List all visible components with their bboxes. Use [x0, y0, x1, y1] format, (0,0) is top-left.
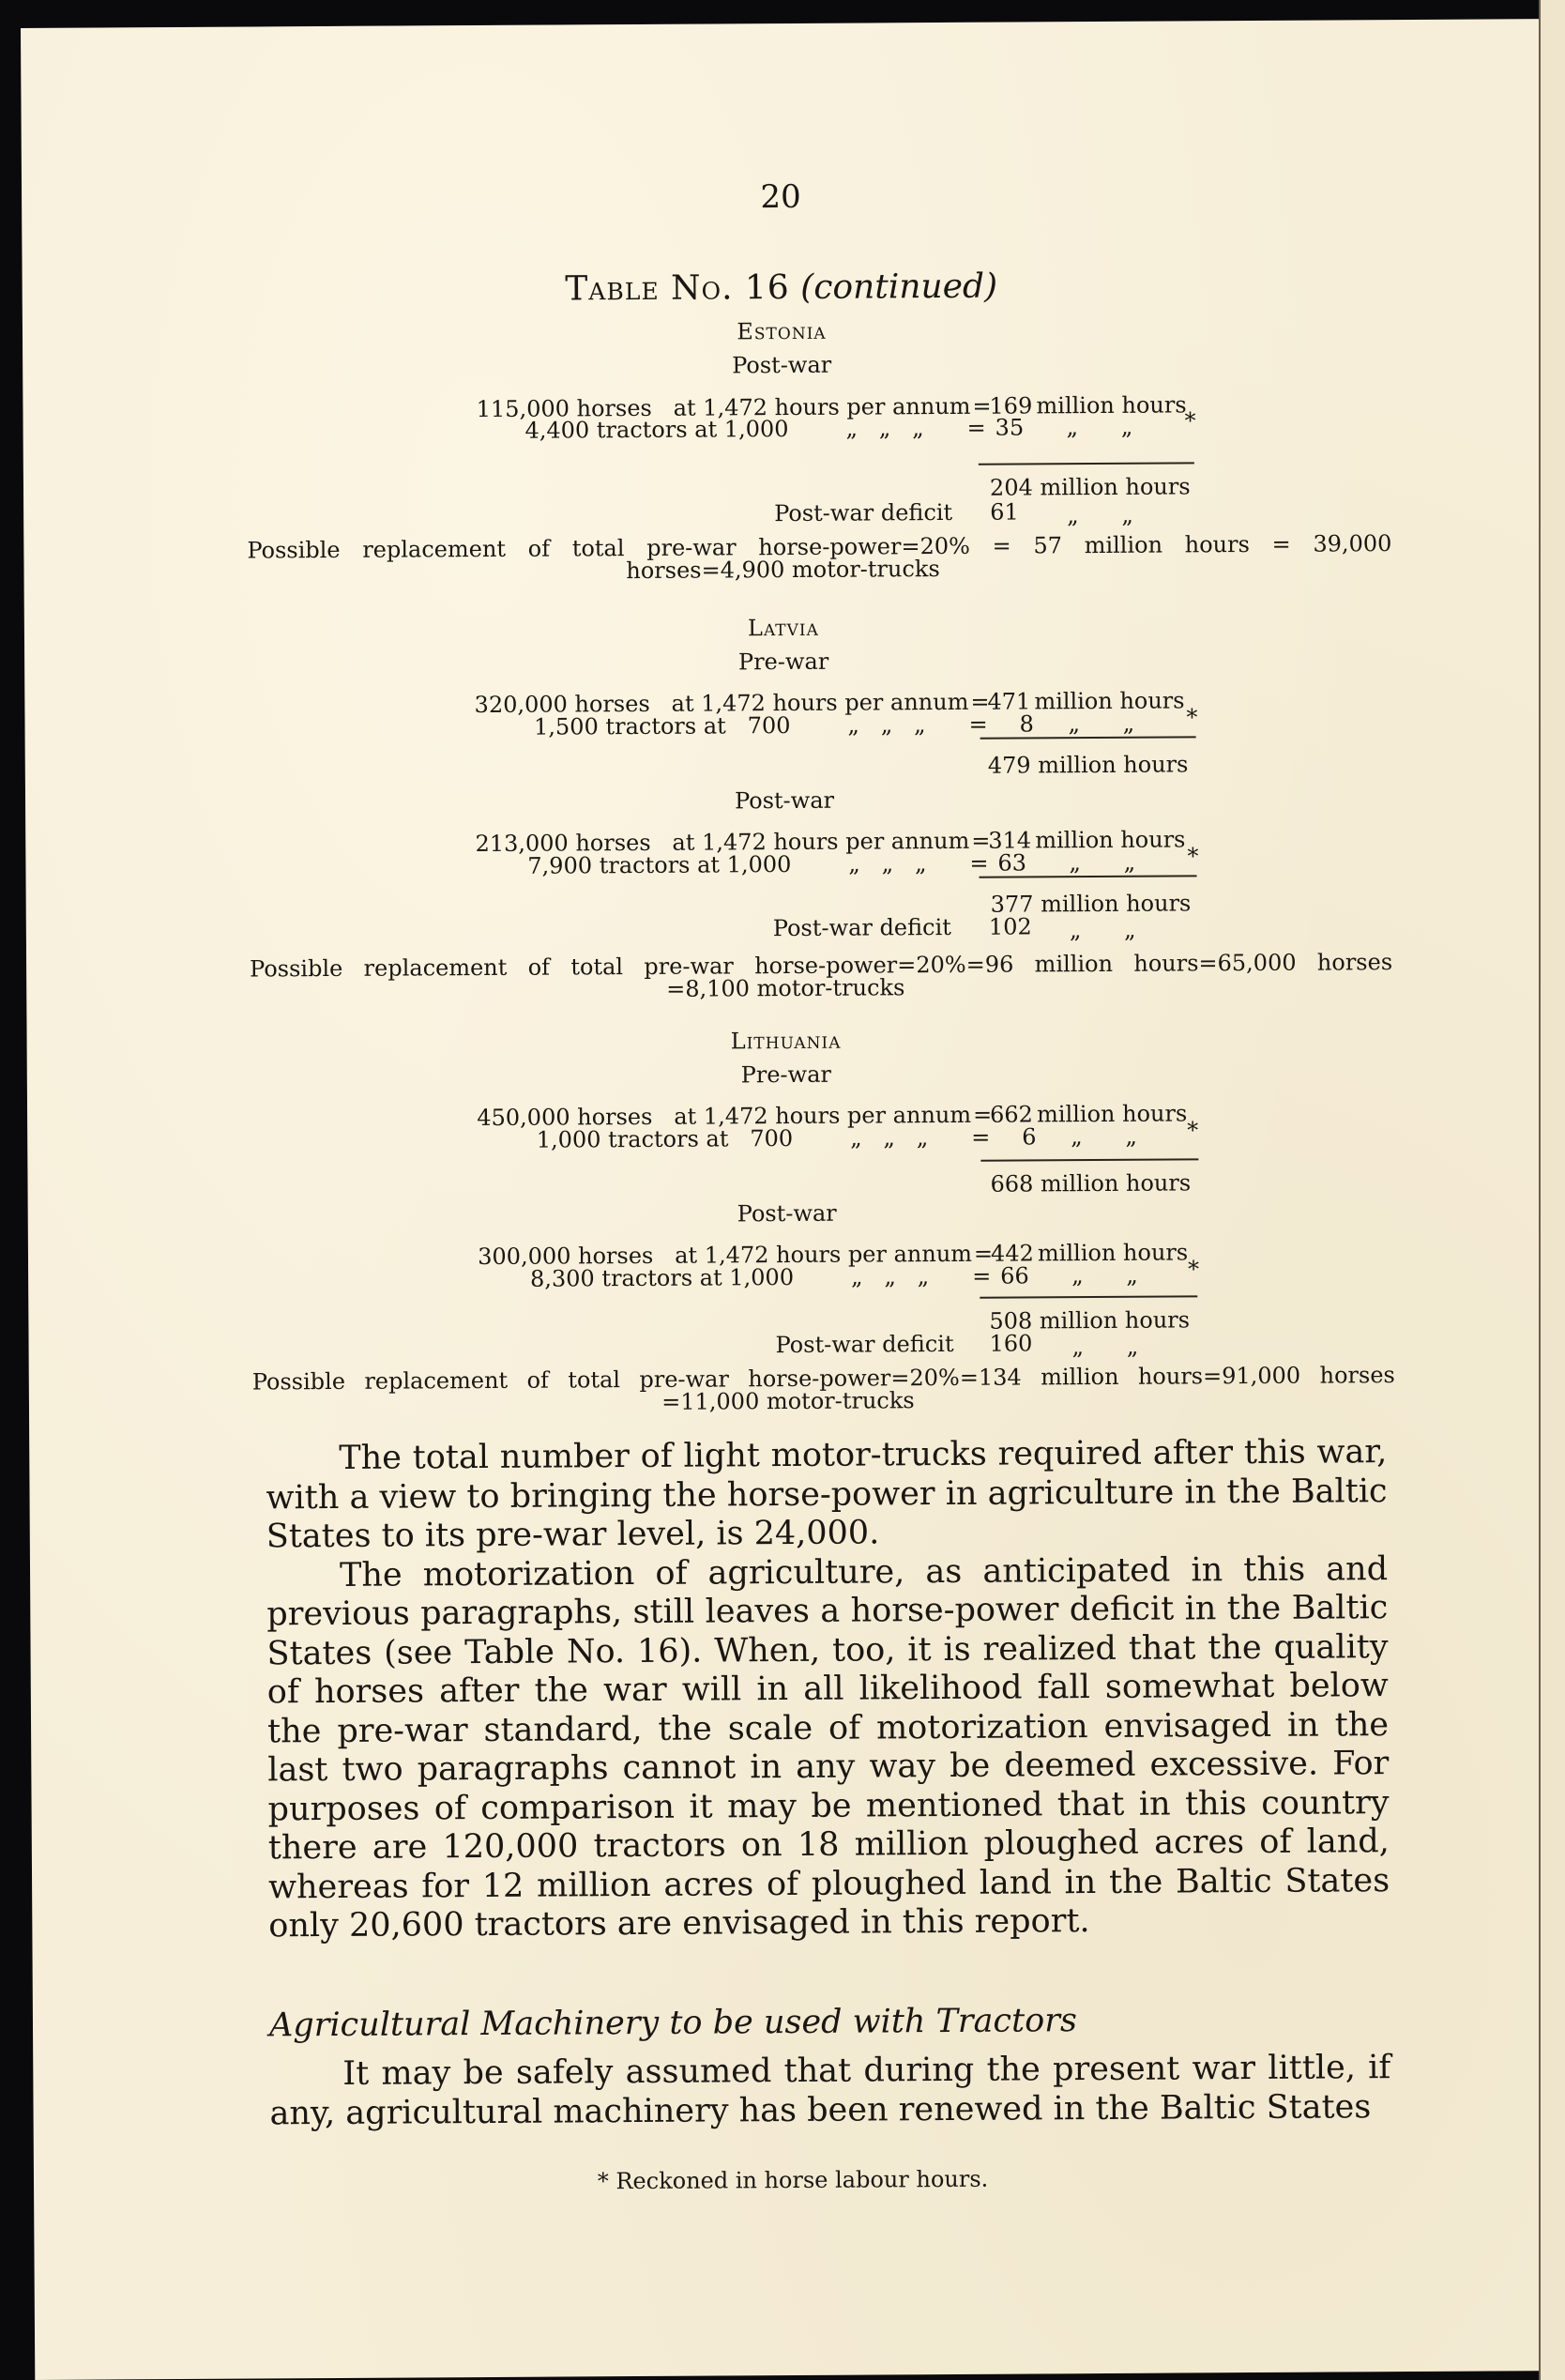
table-row: 8,300 tractors at 1,000 „ „ „ = 66 „ „ *: [21, 19, 1539, 28]
sum-rule: [980, 1158, 1198, 1161]
table-row: 7,900 tractors at 1,000 „ „ „ = 63 „ „ *: [21, 19, 1539, 28]
section-body: It may be safely assumed that during the…: [269, 2049, 1390, 2133]
country-name: Estonia: [23, 315, 1541, 347]
total-value: 479 million hours: [988, 753, 1189, 776]
footnote-marker: *: [1186, 706, 1197, 728]
country-name: Lithuania: [27, 1025, 1545, 1057]
paragraph: The motorization of agriculture, as anti…: [266, 1550, 1390, 1946]
period-label: Post-war: [28, 1198, 1546, 1229]
country-block-lithuania: Lithuania Pre-war 450,000 horses at 1,47…: [21, 19, 1539, 28]
footnote-marker: *: [1187, 845, 1198, 867]
footnote-marker: *: [1185, 409, 1196, 432]
deficit-label: Post-war deficit: [776, 1333, 954, 1356]
period-label: Post-war: [23, 349, 1541, 381]
period-label: Post-war: [25, 785, 1543, 816]
deficit-label: Post-war deficit: [773, 916, 951, 939]
paragraph: It may be safely assumed that during the…: [269, 2049, 1390, 2133]
period-label: Pre-war: [27, 1059, 1545, 1091]
page-edge: [1539, 0, 1565, 2380]
total-value: 204 million hours: [990, 475, 1191, 498]
deficit-value: 102: [989, 915, 1032, 938]
table-row: 115,000 horses at 1,472 hours per annum …: [21, 19, 1539, 28]
deficit-label: Post-war deficit: [774, 501, 952, 525]
table-row: 450,000 horses at 1,472 hours per annum …: [21, 19, 1539, 28]
table-title: Table No. 16 (continued): [23, 267, 1541, 310]
sum-rule: [979, 462, 1194, 465]
footnote-marker: *: [1188, 1258, 1199, 1280]
country-block-latvia: Latvia Pre-war 320,000 horses at 1,472 h…: [21, 19, 1539, 28]
page-number: 20: [22, 176, 1540, 218]
sum-rule: [980, 736, 1196, 739]
document-page: 20 Table No. 16 (continued) Estonia Post…: [21, 19, 1553, 2380]
country-block-estonia: Estonia Post-war 115,000 horses at 1,472…: [21, 19, 1539, 28]
table-title-main: Table No. 16: [565, 268, 790, 308]
country-name: Latvia: [24, 612, 1542, 644]
total-value: 377 million hours: [991, 892, 1192, 915]
deficit-value: 160: [990, 1332, 1033, 1354]
section-heading: Agricultural Machinery to be used with T…: [269, 2002, 1077, 2044]
paragraph: The total number of light motor-trucks r…: [266, 1433, 1388, 1557]
footnote-marker: *: [1187, 1119, 1198, 1141]
table-row: 4,400 tractors at 1,000 „ „ „ = 35 „ „ *: [21, 19, 1539, 28]
body-paragraphs: The total number of light motor-trucks r…: [266, 1433, 1390, 1946]
total-value: 668 million hours: [990, 1171, 1191, 1195]
total-value: 508 million hours: [989, 1308, 1190, 1332]
table-row: 1,000 tractors at 700 „ „ „ = 6 „ „ *: [21, 19, 1539, 28]
table-title-suffix: (continued): [800, 267, 997, 307]
table-row: 213,000 horses at 1,472 hours per annum …: [21, 19, 1539, 28]
sum-rule: [980, 1295, 1197, 1298]
deficit-value: 61: [990, 501, 1019, 524]
sum-rule: [980, 875, 1197, 877]
footnote: * Reckoned in horse labour hours.: [34, 2164, 1552, 2196]
table-row: 1,500 tractors at 700 „ „ „ = 8 „ „ *: [21, 19, 1539, 28]
table-row: 320,000 horses at 1,472 hours per annum …: [21, 19, 1539, 28]
period-label: Pre-war: [24, 646, 1542, 678]
table-row: 300,000 horses at 1,472 hours per annum …: [21, 19, 1539, 28]
